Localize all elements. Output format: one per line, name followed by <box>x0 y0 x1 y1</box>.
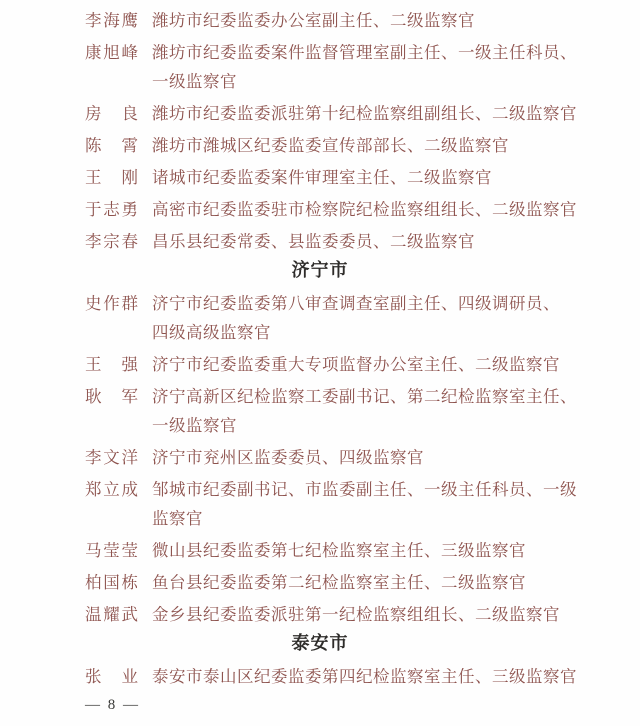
page-number: — 8 — <box>85 697 140 714</box>
official-titles: 济宁市纪委监委第八审查调查室副主任、四级调研员、四级高级监察官 <box>152 289 580 347</box>
official-title-line: 潍坊市纪委监委办公室副主任、二级监察官 <box>152 6 580 35</box>
official-entry: 于志勇 高密市纪委监委驻市检察院纪检监察组组长、二级监察官 <box>0 195 640 224</box>
official-name: 王 刚 <box>85 163 138 192</box>
official-entry: 王 刚 诸城市纪委监委案件审理室主任、二级监察官 <box>0 163 640 192</box>
official-title-line: 高密市纪委监委驻市检察院纪检监察组组长、二级监察官 <box>152 195 580 224</box>
section-header-city: 济宁市 <box>0 259 640 281</box>
official-entry: 陈 霄 潍坊市潍城区纪委监委宣传部部长、二级监察官 <box>0 131 640 160</box>
official-titles: 潍坊市潍城区纪委监委宣传部部长、二级监察官 <box>152 131 580 160</box>
official-name: 李宗春 <box>85 227 138 256</box>
official-name: 李文洋 <box>85 443 138 472</box>
official-entry: 李海鹰 潍坊市纪委监委办公室副主任、二级监察官 <box>0 6 640 35</box>
official-entry: 李文洋 济宁市兖州区监委委员、四级监察官 <box>0 443 640 472</box>
official-entry: 柏国栋 鱼台县纪委监委第二纪检监察室主任、二级监察官 <box>0 568 640 597</box>
official-titles: 济宁高新区纪检监察工委副书记、第二纪检监察室主任、一级监察官 <box>152 382 580 440</box>
official-titles: 邹城市纪委副书记、市监委副主任、一级主任科员、一级监察官 <box>152 475 580 533</box>
official-entry: 李宗春 昌乐县纪委常委、县监委委员、二级监察官 <box>0 227 640 256</box>
official-entry: 马莹莹 微山县纪委监委第七纪检监察室主任、三级监察官 <box>0 536 640 565</box>
official-name: 王 强 <box>85 350 138 379</box>
official-titles: 诸城市纪委监委案件审理室主任、二级监察官 <box>152 163 580 192</box>
official-entry: 房 良 潍坊市纪委监委派驻第十纪检监察组副组长、二级监察官 <box>0 99 640 128</box>
official-titles: 潍坊市纪委监委派驻第十纪检监察组副组长、二级监察官 <box>152 99 580 128</box>
official-name: 房 良 <box>85 99 138 128</box>
official-title-line: 邹城市纪委副书记、市监委副主任、一级主任科员、一级 <box>152 475 580 504</box>
document-page: 李海鹰 潍坊市纪委监委办公室副主任、二级监察官 康旭峰 潍坊市纪委监委案件监督管… <box>0 0 640 726</box>
official-title-line: 鱼台县纪委监委第二纪检监察室主任、二级监察官 <box>152 568 580 597</box>
official-name: 柏国栋 <box>85 568 138 597</box>
official-name: 耿 军 <box>85 382 138 411</box>
official-titles: 济宁市兖州区监委委员、四级监察官 <box>152 443 580 472</box>
official-name: 史作群 <box>85 289 138 318</box>
official-name: 康旭峰 <box>85 38 138 67</box>
official-entry: 温耀武 金乡县纪委监委派驻第一纪检监察组组长、二级监察官 <box>0 600 640 629</box>
official-entry: 张 业 泰安市泰山区纪委监委第四纪检监察室主任、三级监察官 <box>0 662 640 691</box>
official-entry: 郑立成 邹城市纪委副书记、市监委副主任、一级主任科员、一级监察官 <box>0 475 640 533</box>
official-titles: 昌乐县纪委常委、县监委委员、二级监察官 <box>152 227 580 256</box>
official-title-line: 一级监察官 <box>152 67 580 96</box>
official-title-line: 泰安市泰山区纪委监委第四纪检监察室主任、三级监察官 <box>152 662 580 691</box>
official-titles: 高密市纪委监委驻市检察院纪检监察组组长、二级监察官 <box>152 195 580 224</box>
official-name: 马莹莹 <box>85 536 138 565</box>
official-name: 郑立成 <box>85 475 138 504</box>
official-name: 李海鹰 <box>85 6 138 35</box>
official-titles: 金乡县纪委监委派驻第一纪检监察组组长、二级监察官 <box>152 600 580 629</box>
official-entry: 史作群 济宁市纪委监委第八审查调查室副主任、四级调研员、四级高级监察官 <box>0 289 640 347</box>
official-titles: 鱼台县纪委监委第二纪检监察室主任、二级监察官 <box>152 568 580 597</box>
official-title-line: 诸城市纪委监委案件审理室主任、二级监察官 <box>152 163 580 192</box>
section-header-city: 泰安市 <box>0 632 640 654</box>
official-name: 张 业 <box>85 662 138 691</box>
official-title-line: 四级高级监察官 <box>152 318 580 347</box>
official-titles: 潍坊市纪委监委案件监督管理室副主任、一级主任科员、一级监察官 <box>152 38 580 96</box>
official-title-line: 监察官 <box>152 504 580 533</box>
official-name: 陈 霄 <box>85 131 138 160</box>
official-title-line: 潍坊市潍城区纪委监委宣传部部长、二级监察官 <box>152 131 580 160</box>
official-title-line: 济宁市纪委监委第八审查调查室副主任、四级调研员、 <box>152 289 580 318</box>
official-title-line: 济宁市纪委监委重大专项监督办公室主任、二级监察官 <box>152 350 580 379</box>
official-entry: 耿 军 济宁高新区纪检监察工委副书记、第二纪检监察室主任、一级监察官 <box>0 382 640 440</box>
official-titles: 微山县纪委监委第七纪检监察室主任、三级监察官 <box>152 536 580 565</box>
official-title-line: 济宁高新区纪检监察工委副书记、第二纪检监察室主任、 <box>152 382 580 411</box>
official-title-line: 济宁市兖州区监委委员、四级监察官 <box>152 443 580 472</box>
official-entry: 康旭峰 潍坊市纪委监委案件监督管理室副主任、一级主任科员、一级监察官 <box>0 38 640 96</box>
official-name: 温耀武 <box>85 600 138 629</box>
official-title-line: 金乡县纪委监委派驻第一纪检监察组组长、二级监察官 <box>152 600 580 629</box>
official-titles: 济宁市纪委监委重大专项监督办公室主任、二级监察官 <box>152 350 580 379</box>
official-title-line: 昌乐县纪委常委、县监委委员、二级监察官 <box>152 227 580 256</box>
official-titles: 泰安市泰山区纪委监委第四纪检监察室主任、三级监察官 <box>152 662 580 691</box>
official-title-line: 一级监察官 <box>152 411 580 440</box>
official-title-line: 潍坊市纪委监委案件监督管理室副主任、一级主任科员、 <box>152 38 580 67</box>
official-title-line: 微山县纪委监委第七纪检监察室主任、三级监察官 <box>152 536 580 565</box>
official-title-line: 潍坊市纪委监委派驻第十纪检监察组副组长、二级监察官 <box>152 99 580 128</box>
official-entry: 王 强 济宁市纪委监委重大专项监督办公室主任、二级监察官 <box>0 350 640 379</box>
officials-list: 李海鹰 潍坊市纪委监委办公室副主任、二级监察官 康旭峰 潍坊市纪委监委案件监督管… <box>0 0 640 691</box>
official-name: 于志勇 <box>85 195 138 224</box>
official-titles: 潍坊市纪委监委办公室副主任、二级监察官 <box>152 6 580 35</box>
